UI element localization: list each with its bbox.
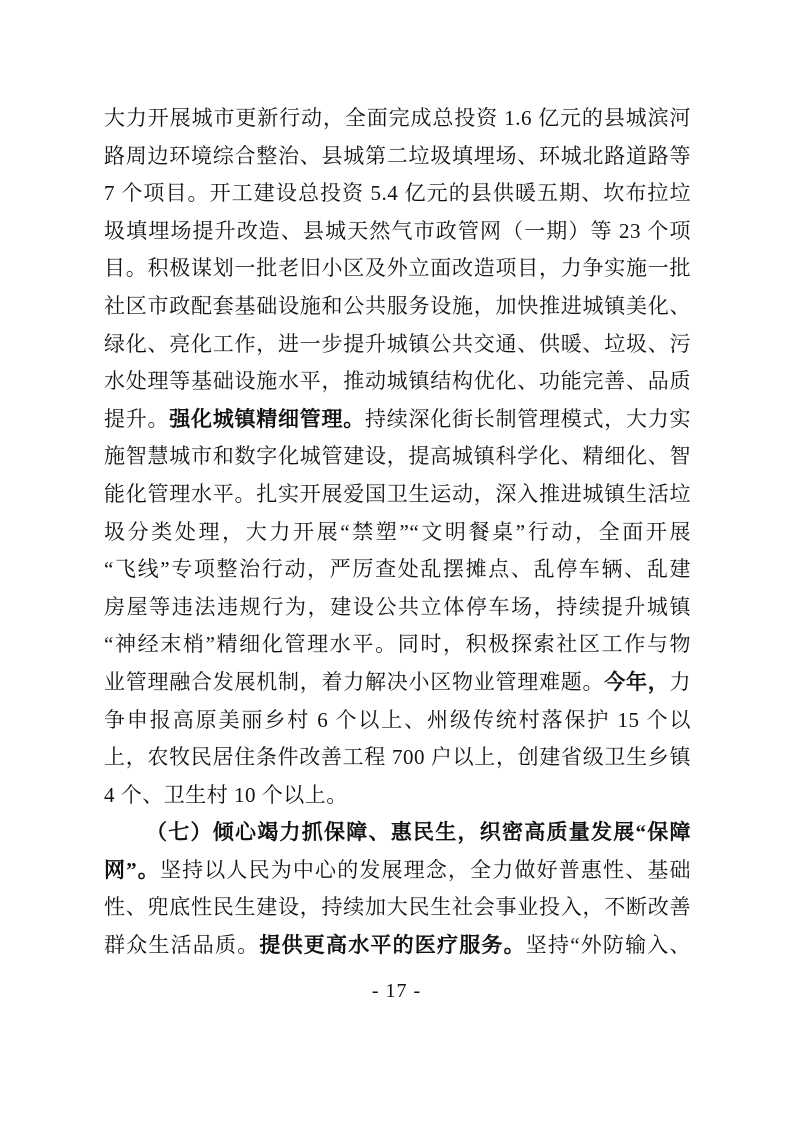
text-segment: 7 个项目。开工建设总投资 5.4 亿元的县供暖五期、坎布拉垃	[104, 181, 691, 205]
text-line: 目。积极谋划一批老旧小区及外立面改造项目，力争实施一批	[104, 250, 691, 288]
text-line: 路周边环境综合整治、县城第二垃圾填埋场、环城北路道路等	[104, 138, 691, 176]
text-line: 圾分类处理，大力开展“禁塑”“文明餐桌”行动，全面开展	[104, 514, 691, 552]
text-segment: 群众生活品质。	[104, 933, 259, 957]
text-line: 群众生活品质。提供更高水平的医疗服务。坚持“外防输入、	[104, 927, 691, 965]
bold-text-segment: 今年，	[604, 670, 669, 694]
text-line: 业管理融合发展机制，着力解决小区物业管理难题。今年，力	[104, 664, 691, 702]
text-segment: 房屋等违法违规行为，建设公共立体停车场，持续提升城镇	[104, 595, 691, 619]
text-line: 圾填埋场提升改造、县城天然气市政管网（一期）等 23 个项	[104, 213, 691, 251]
text-segment: 持续深化街长制管理模式，大力实	[365, 407, 691, 431]
text-line: “飞线”专项整治行动，严厉查处乱摆摊点、乱停车辆、乱建	[104, 551, 691, 589]
text-segment: 能化管理水平。扎实开展爱国卫生运动，深入推进城镇生活垃	[104, 482, 691, 506]
text-line: 上，农牧民居住条件改善工程 700 户以上，创建省级卫生乡镇	[104, 739, 691, 777]
text-segment: 圾分类处理，大力开展“禁塑”“文明餐桌”行动，全面开展	[104, 520, 691, 544]
text-line: 水处理等基础设施水平，推动城镇结构优化、功能完善、品质	[104, 363, 691, 401]
text-line: 绿化、亮化工作，进一步提升城镇公共交通、供暖、垃圾、污	[104, 326, 691, 364]
text-segment: “飞线”专项整治行动，严厉查处乱摆摊点、乱停车辆、乱建	[104, 557, 691, 581]
text-segment: 性、兜底性民生建设，持续加大民生社会事业投入，不断改善	[104, 895, 691, 919]
text-line: 性、兜底性民生建设，持续加大民生社会事业投入，不断改善	[104, 889, 691, 927]
text-segment: “神经末梢”精细化管理水平。同时，积极探索社区工作与物	[104, 632, 691, 656]
text-line: “神经末梢”精细化管理水平。同时，积极探索社区工作与物	[104, 626, 691, 664]
bold-text-segment: 强化城镇精细管理。	[169, 407, 365, 431]
text-segment: 提升。	[104, 407, 169, 431]
text-line: 施智慧城市和数字化城管建设，提高城镇科学化、精细化、智	[104, 438, 691, 476]
text-segment: 路周边环境综合整治、县城第二垃圾填埋场、环城北路道路等	[104, 144, 691, 168]
text-segment: 4 个、卫生村 10 个以上。	[104, 783, 348, 807]
text-line: 7 个项目。开工建设总投资 5.4 亿元的县供暖五期、坎布拉垃	[104, 175, 691, 213]
bold-text-segment: （七）倾心竭力抓保障、惠民生，织密高质量发展“保障	[146, 820, 691, 844]
text-segment: 社区市政配套基础设施和公共服务设施，加快推进城镇美化、	[104, 294, 691, 318]
page-number: - 17 -	[0, 976, 793, 1006]
text-segment: 上，农牧民居住条件改善工程 700 户以上，创建省级卫生乡镇	[104, 745, 691, 769]
text-segment: 水处理等基础设施水平，推动城镇结构优化、功能完善、品质	[104, 369, 691, 393]
text-segment: 施智慧城市和数字化城管建设，提高城镇科学化、精细化、智	[104, 444, 691, 468]
text-segment: 圾填埋场提升改造、县城天然气市政管网（一期）等 23 个项	[104, 219, 691, 243]
text-segment: 目。积极谋划一批老旧小区及外立面改造项目，力争实施一批	[104, 256, 691, 280]
text-segment: 业管理融合发展机制，着力解决小区物业管理难题。	[104, 670, 604, 694]
text-line: （七）倾心竭力抓保障、惠民生，织密高质量发展“保障	[104, 814, 691, 852]
text-line: 房屋等违法违规行为，建设公共立体停车场，持续提升城镇	[104, 589, 691, 627]
text-segment: 大力开展城市更新行动，全面完成总投资 1.6 亿元的县城滨河	[104, 106, 691, 130]
text-line: 大力开展城市更新行动，全面完成总投资 1.6 亿元的县城滨河	[104, 100, 691, 138]
text-line: 争申报高原美丽乡村 6 个以上、州级传统村落保护 15 个以	[104, 702, 691, 740]
document-body: 大力开展城市更新行动，全面完成总投资 1.6 亿元的县城滨河路周边环境综合整治、…	[104, 100, 691, 965]
text-line: 提升。强化城镇精细管理。持续深化街长制管理模式，大力实	[104, 401, 691, 439]
text-line: 能化管理水平。扎实开展爱国卫生运动，深入推进城镇生活垃	[104, 476, 691, 514]
text-segment: 绿化、亮化工作，进一步提升城镇公共交通、供暖、垃圾、污	[104, 332, 691, 356]
document-page: 大力开展城市更新行动，全面完成总投资 1.6 亿元的县城滨河路周边环境综合整治、…	[0, 0, 793, 1122]
text-line: 网”。坚持以人民为中心的发展理念，全力做好普惠性、基础	[104, 852, 691, 890]
text-segment: 坚持以人民为中心的发展理念，全力做好普惠性、基础	[160, 858, 691, 882]
text-line: 4 个、卫生村 10 个以上。	[104, 777, 691, 815]
bold-text-segment: 网”。	[104, 858, 160, 882]
text-segment: 争申报高原美丽乡村 6 个以上、州级传统村落保护 15 个以	[104, 708, 691, 732]
text-segment: 力	[670, 670, 692, 694]
text-segment: 坚持“外防输入、	[526, 933, 691, 957]
text-line: 社区市政配套基础设施和公共服务设施，加快推进城镇美化、	[104, 288, 691, 326]
bold-text-segment: 提供更高水平的医疗服务。	[259, 933, 525, 957]
